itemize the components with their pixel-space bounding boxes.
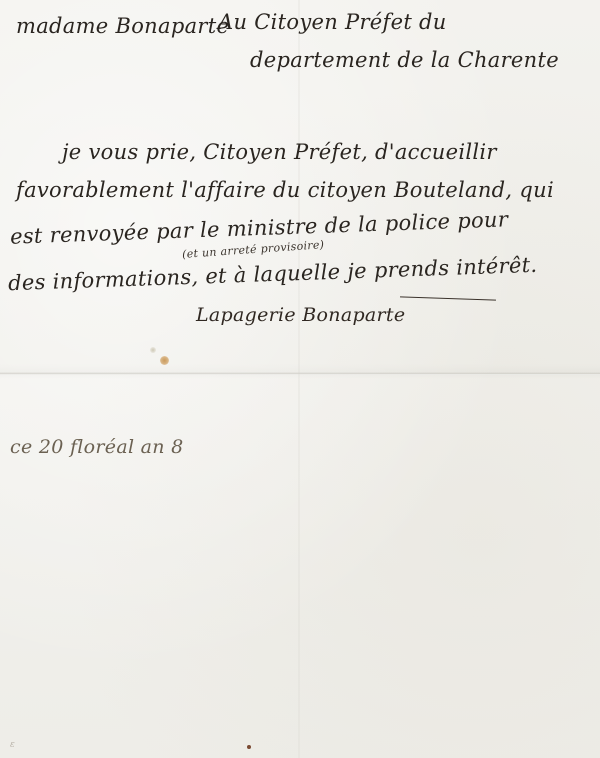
horizontal-fold-crease [0, 372, 600, 375]
date-line: ce 20 floréal an 8 [10, 436, 184, 458]
signature: Lapagerie Bonaparte [196, 304, 405, 326]
addressee-line-2: departement de la Charente [250, 48, 559, 72]
body-line-2: favorablement l'affaire du citoyen Boute… [16, 178, 554, 202]
vertical-fold-crease [298, 0, 300, 758]
paper-stain [150, 347, 156, 353]
addressee-line-1: Au Citoyen Préfet du [218, 10, 447, 34]
sender-line: madame Bonaparte [16, 14, 229, 38]
body-line-1: je vous prie, Citoyen Préfet, d'accueill… [62, 140, 497, 164]
ink-spot [247, 745, 251, 749]
paper-stain [160, 356, 169, 365]
body-line-4: des informations, et à laquelle je prend… [8, 253, 538, 295]
margin-mark: ε [10, 740, 15, 750]
letter-page: madame Bonaparte Au Citoyen Préfet du de… [0, 0, 600, 758]
signature-flourish [400, 296, 496, 300]
